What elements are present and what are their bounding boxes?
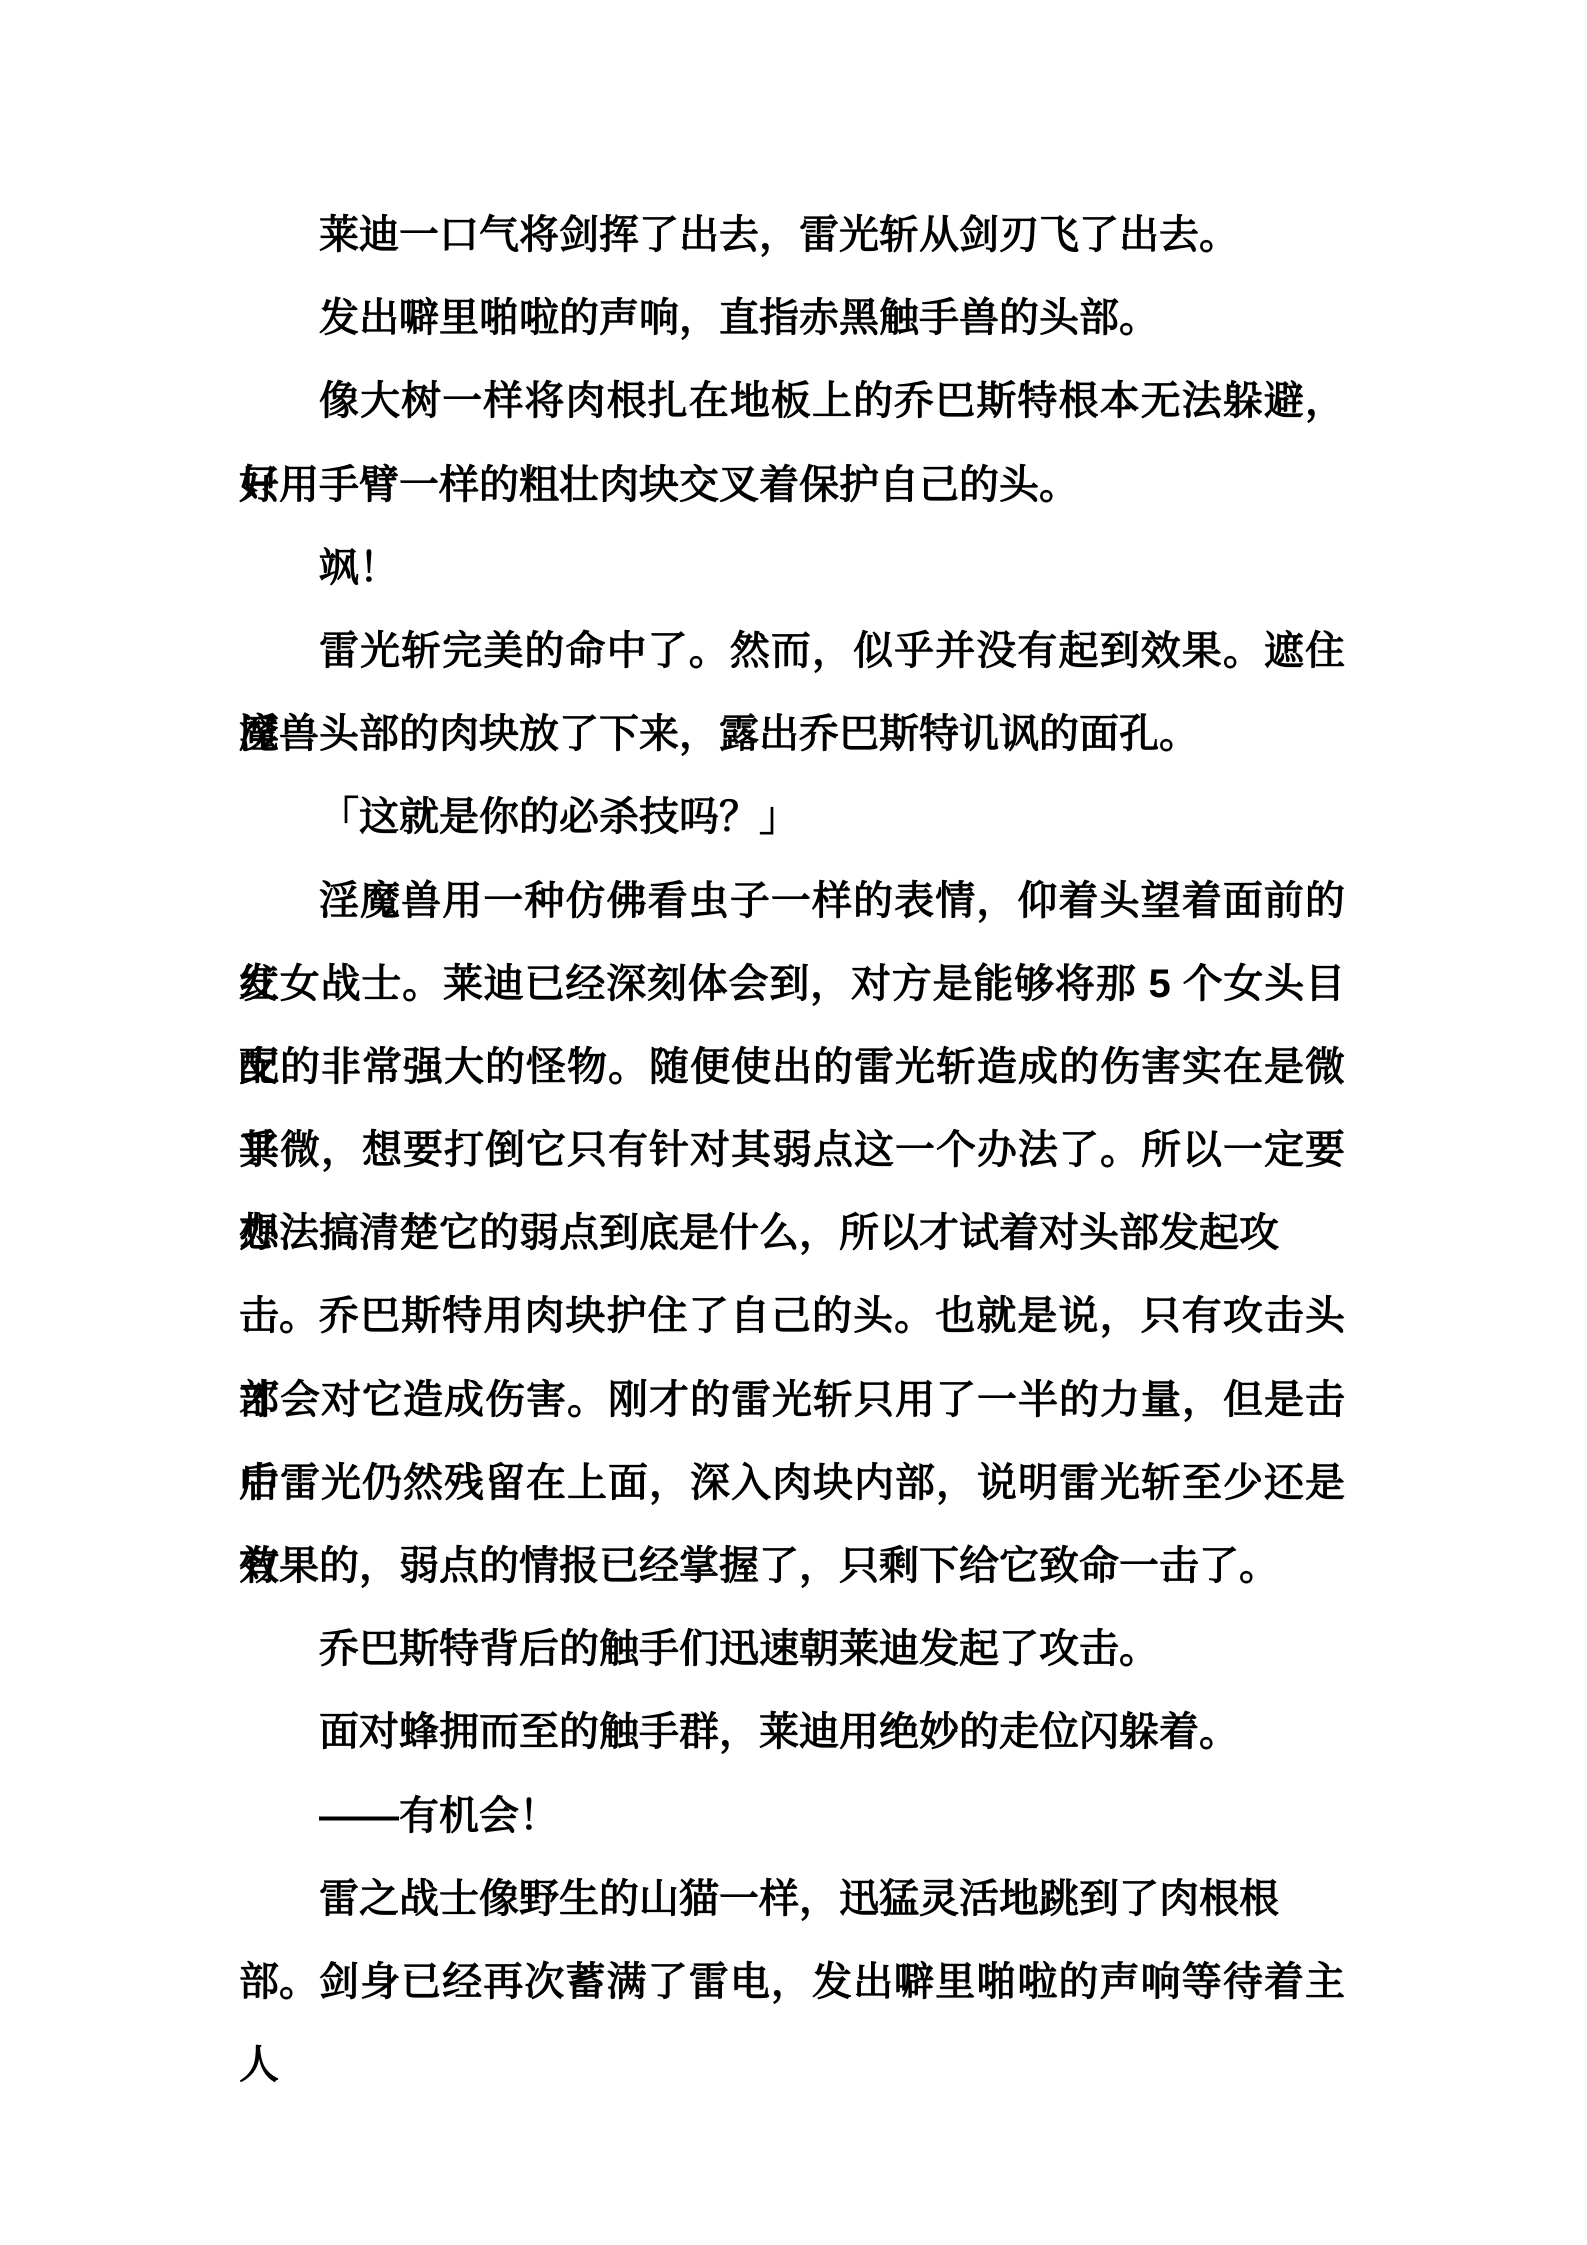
text-line: 莱迪一口气将剑挥了出去，雷光斩从剑刃飞了出去。 xyxy=(239,194,1345,277)
text-line: 乔巴斯特用肉块护住了自己的头。也就是说，只有攻击头部 xyxy=(239,1275,1345,1358)
text-line: 配的非常强大的怪物。随便使出的雷光斩造成的伤害实在是微乎 xyxy=(239,1026,1345,1109)
text-line: 雷之战士像野生的山猫一样，迅猛灵活地跳到了肉根根部。 xyxy=(239,1858,1345,1941)
text-line: 效果的，弱点的情报已经掌握了，只剩下给它致命一击了。 xyxy=(239,1525,1345,1608)
text-line: 乔巴斯特背后的触手们迅速朝莱迪发起了攻击。 xyxy=(239,1608,1345,1691)
text-line: 办法搞清楚它的弱点到底是什么，所以才试着对头部发起攻击。 xyxy=(239,1192,1345,1275)
text-line: 飒！ xyxy=(239,527,1345,610)
text-line: 才会对它造成伤害。刚才的雷光斩只用了一半的力量，但是击中 xyxy=(239,1359,1345,1442)
text-line: 其微，想要打倒它只有针对其弱点这一个办法了。所以一定要想 xyxy=(239,1109,1345,1192)
text-line: 剑身已经再次蓄满了雷电，发出噼里啪啦的声响等待着主人 xyxy=(239,1941,1345,2024)
text-line: 面对蜂拥而至的触手群，莱迪用绝妙的走位闪躲着。 xyxy=(239,1691,1345,1774)
text-line: 后雷光仍然残留在上面，深入肉块内部，说明雷光斩至少还是有 xyxy=(239,1442,1345,1525)
text-line: 魔兽头部的肉块放了下来，露出乔巴斯特讥讽的面孔。 xyxy=(239,693,1345,776)
text-line: 发出噼里啪啦的声响，直指赤黑触手兽的头部。 xyxy=(239,277,1345,360)
text-line: 发女战士。莱迪已经深刻体会到，对方是能够将那 5 个女头目支 xyxy=(239,943,1345,1026)
text-block: 莱迪一口气将剑挥了出去，雷光斩从剑刃飞了出去。 发出噼里啪啦的声响，直指赤黑触手… xyxy=(239,194,1345,2024)
document-page: 莱迪一口气将剑挥了出去，雷光斩从剑刃飞了出去。 发出噼里啪啦的声响，直指赤黑触手… xyxy=(0,0,1587,2245)
text-line: 淫魔兽用一种仿佛看虫子一样的表情，仰着头望着面前的红 xyxy=(239,860,1345,943)
text-line: 雷光斩完美的命中了。然而，似乎并没有起到效果。遮住淫 xyxy=(239,610,1345,693)
text-line: 好用手臂一样的粗壮肉块交叉着保护自己的头。 xyxy=(239,444,1345,527)
text-line: ——有机会！ xyxy=(239,1775,1345,1858)
text-line: 像大树一样将肉根扎在地板上的乔巴斯特根本无法躲避，只 xyxy=(239,360,1345,443)
text-line: 「这就是你的必杀技吗？」 xyxy=(239,776,1345,859)
